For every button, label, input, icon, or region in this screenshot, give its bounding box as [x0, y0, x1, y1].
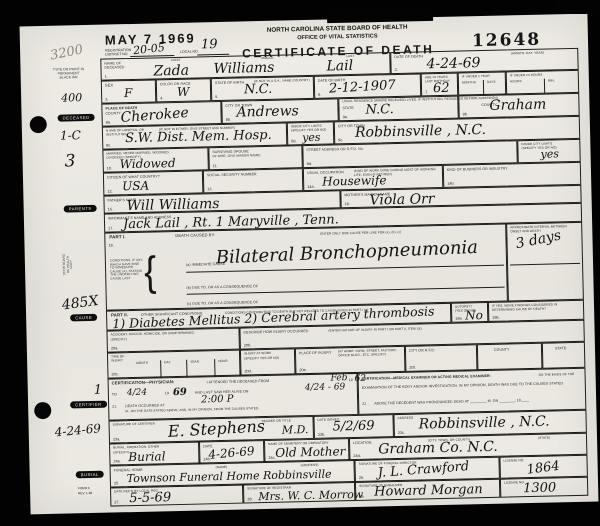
state-of-birth-cell: STATE OF BIRTH (IF NOT IN U.S.A., NAME C…	[211, 76, 314, 101]
location-state-sublabel: (STATE)	[538, 437, 550, 441]
physician-certification-cell: CERTIFICATION—PHYSICIAN: I ATTENDED THE …	[108, 373, 359, 421]
registrar-signature-value: Mrs. W. C. Morrow	[258, 488, 363, 503]
date-signed-cell: DATE SIGNED 23b. 5/2/69	[313, 414, 394, 439]
autopsy-value: No	[465, 308, 483, 322]
street-label: STREET ADDRESS OR R.F.D. No.	[306, 147, 364, 152]
sex-cell: SEX 3. F	[101, 79, 157, 103]
punch-hole-top	[30, 116, 47, 133]
date-of-death-number: 2.	[395, 68, 398, 72]
spouse-number: 11.	[213, 164, 218, 168]
death-icl-number: 8d.	[291, 139, 296, 143]
scanned-death-certificate: 3200 TYPE OR PRINT IN PERMANENT BLACK IN…	[0, 0, 600, 526]
conditions-brace: {	[144, 247, 157, 296]
citizen-number: 12.	[107, 189, 112, 193]
attended-label: I ATTENDED THE DECEASED FROM	[207, 379, 270, 384]
marital-status-cell: MARRIED, NEVER MARRIED, WIDOWED, DIVORCE…	[102, 147, 208, 172]
hours-header: HOURS	[510, 80, 522, 84]
hour-header: HOUR	[218, 360, 228, 364]
embalmer-signature-cell: SIGNATURE OF EMBALMER 29. Howard Morgan	[355, 479, 500, 501]
enter-one-cause-note: ENTER ONLY ONE CAUSE PER LINE FOR (a), (…	[320, 231, 401, 236]
residence-state-label: STATE	[342, 106, 353, 110]
accident-number: 20a.	[111, 346, 118, 350]
time-of-injury-number: 20c.	[111, 372, 118, 376]
location-value: Graham Co. N.C.	[378, 439, 498, 458]
accident-sublabel: (SPECIFY)	[111, 338, 127, 342]
under-24-hours-label: IF UNDER 24 HOURS	[510, 73, 543, 77]
certifier-signature-value: E. Stephens	[167, 416, 265, 441]
date-of-birth-number: 6.	[318, 93, 321, 97]
tab-cause: CAUSE	[70, 314, 97, 322]
burial-cell: BURIAL, CREMATION, OTHER (SPECIFY) 24a. …	[109, 442, 199, 466]
age-cell: AGE IN YEARS LAST BIRTHDAY 7. 62	[421, 73, 459, 97]
immediate-cause-value: Bilateral Bronchopneumonia	[215, 237, 478, 269]
injury-city-label: CITY OR R.F.D.	[409, 348, 435, 353]
scan-corner-artifact	[555, 0, 600, 14]
date-of-birth-value: 2-12-1907	[329, 78, 396, 97]
injury-state-label: STATE	[555, 346, 566, 350]
hospital-number: 8c.	[106, 143, 111, 147]
findings-number: 19b.	[492, 316, 499, 320]
to-value: 4/24	[127, 388, 147, 398]
race-value: W	[177, 85, 190, 99]
residence-county-number: 9b.	[463, 112, 468, 116]
death-caused-by-label: DEATH CAUSED BY:	[175, 233, 215, 238]
conditions-note: CONDITIONS, IF ANY, WHICH GAVE RISE TO I…	[110, 259, 144, 281]
date-received-value: 5-5-69	[129, 490, 171, 506]
marital-value: Widowed	[120, 156, 176, 171]
occupation-number: 14a.	[307, 185, 314, 189]
state-of-birth-value: N.C.	[244, 82, 273, 98]
ssn-number: 13.	[207, 187, 212, 191]
autopsy-cell: AUTOPSY? (YES OR NO) 19a. No	[451, 302, 488, 323]
medical-examiner-cell: CERTIFICATION—MEDICAL EXAMINER OR ACTING…	[357, 368, 586, 415]
place-of-injury-label: PLACE OF INJURY	[299, 351, 331, 356]
middle-name-value: Williams	[213, 60, 274, 77]
form-revision-note: REV. 1-68	[78, 492, 92, 496]
describe-injury-sublabel: (ENTER NATURE OF INJURY IN PART I OR PAR…	[328, 327, 421, 333]
time-divider-1	[160, 360, 161, 378]
place-of-injury-number: 20e.	[299, 368, 306, 372]
punch-hole-bottom	[34, 402, 51, 419]
burial-value: Burial	[128, 449, 165, 464]
autopsy-number: 19a.	[455, 317, 462, 321]
me-number: 22.	[362, 402, 367, 406]
cemetery-cell: NAME OF CEMETERY OR CREMATORY 24c. Old M…	[264, 438, 349, 462]
ink-instruction-note: TYPE OR PRINT IN PERMANENT BLACK INK	[46, 67, 90, 80]
day-header: DAY	[164, 361, 171, 365]
registration-district-label: REGISTRATION DISTRICT NO.	[105, 48, 131, 57]
under-24-hours-divider	[544, 79, 545, 94]
date-signed-number: 23b.	[318, 433, 325, 437]
race-number: 4.	[160, 96, 163, 100]
residence-city-value: Robbinsville , N.C.	[355, 122, 486, 141]
occurred-time-value: 2:00 P	[201, 394, 234, 406]
tab-certifier: CERTIFIER	[70, 401, 107, 409]
informant-number: 17.	[108, 226, 113, 230]
days-header: DAYS	[487, 81, 496, 85]
alive-date-value: 4/24 - 69	[305, 382, 346, 393]
death-icl-value: yes	[302, 131, 321, 144]
occupation-cell: USUAL OCCUPATION (KIND OF WORK DONE DURI…	[303, 165, 443, 191]
citizen-cell: CITIZEN OF WHAT COUNTRY? 12. USA	[103, 170, 203, 195]
embalmer-license-label: LICENSE NO.	[504, 481, 525, 485]
due-to-c-label: (c) DUE TO, OR AS A CONSEQUENCE OF	[187, 300, 258, 306]
mother-number: 16.	[345, 202, 350, 206]
date-of-death-sublabel: (MONTH, DAY, YEAR)	[511, 52, 544, 56]
accident-cell: ACCIDENT, SUICIDE, HOMICIDE, OR UNDETERM…	[106, 328, 239, 353]
sex-value: F	[124, 86, 133, 100]
residence-state-cell: USUAL RESIDENCE (WHERE DECEASED LIVED. I…	[338, 96, 458, 122]
me-cert-title: CERTIFICATION—MEDICAL EXAMINER OR ACTING…	[362, 374, 491, 381]
industry-number: 14b.	[447, 182, 454, 186]
certifier-degree-value: M.D.	[282, 423, 309, 437]
cemetery-value: Old Mother	[275, 444, 345, 460]
ssn-label: SOCIAL SECURITY NUMBER	[207, 172, 257, 177]
tab-deceased: DECEASED	[58, 114, 95, 122]
me-pronounced-label: ABOVE THE DECEDENT WAS PRONOUNCED DEAD A…	[374, 398, 529, 406]
age-number: 7.	[425, 90, 428, 94]
local-no-label: LOCAL NO.	[180, 49, 199, 53]
father-number: 15.	[108, 207, 113, 211]
location-number: 24d.	[353, 454, 360, 458]
industry-cell: KIND OF BUSINESS OR INDUSTRY 14b.	[443, 162, 581, 188]
death-county-number: 8a.	[106, 120, 111, 124]
injury-at-work-sublabel: (SPECIFY YES OR NO)	[244, 356, 279, 360]
residence-inside-city-limits-cell: INSIDE CITY LIMITS (SPECIFY YES OR NO) y…	[517, 139, 581, 163]
year-header: YEAR	[190, 361, 199, 365]
date-of-death-label: DATE OF DEATH	[394, 54, 423, 59]
to-19-label: 19	[165, 391, 169, 395]
address-number: 23c.	[398, 431, 405, 435]
surviving-spouse-cell: SURVIVING SPOUSE (IF WIFE, GIVE MAIDEN N…	[208, 145, 302, 170]
mother-value: Viola Orr	[369, 191, 434, 208]
residence-county-cell: COUNTY 9b. Graham	[458, 93, 579, 119]
to-label: TO	[112, 392, 117, 396]
residence-state-value: N.C.	[365, 102, 394, 118]
residence-city-number: 9c.	[338, 138, 343, 142]
local-no-value: 19	[201, 37, 218, 52]
findings-cell: IF YES, WERE FINDINGS CONSIDERED IN DETE…	[488, 300, 584, 322]
injury-city-number: 20f.	[409, 366, 415, 370]
interval-line	[510, 263, 580, 266]
injury-at-work-number: 20d.	[244, 369, 251, 373]
residence-state-number: 9a.	[343, 115, 348, 119]
under-one-year-cell: IF UNDER 1 YEAR MONTHS DAYS	[458, 71, 507, 95]
embalmer-license-value: 1300	[523, 480, 556, 496]
director-license-value: 1864	[526, 459, 561, 478]
describe-injury-label: DESCRIBE HOW INJURY OCCURRED	[243, 329, 308, 334]
months-header: MONTHS	[462, 81, 476, 85]
date-of-birth-cell: DATE OF BIRTH 6. 2-12-1907	[314, 73, 421, 98]
certifier-address-value: Robbinsville , N.C.	[418, 414, 549, 433]
part1-label: PART I.	[109, 235, 125, 240]
copy-designation-vertical: STATE BOARD OF HEALTH COPY	[62, 241, 74, 287]
residence-county-value: Graham	[489, 97, 546, 114]
signature-number: 23a.	[113, 437, 120, 441]
first-name-value: Zada	[153, 63, 189, 80]
embalmer-license-cell: LICENSE NO. 1300	[500, 477, 588, 498]
director-license-cell: LICENSE NO. 1864	[499, 455, 587, 479]
margin-code-1c: 1-C	[60, 128, 81, 142]
state-of-birth-number: 5.	[215, 95, 218, 99]
time-divider-2	[186, 360, 187, 378]
burial-date-value: 4-26-69	[208, 444, 255, 462]
state-of-birth-label: STATE OF BIRTH	[215, 80, 244, 85]
time-divider-3	[214, 359, 215, 377]
scan-redaction-bar	[327, 6, 433, 23]
age-value: 62	[433, 81, 450, 96]
burial-date-cell: DATE 24b. 4-26-69	[199, 440, 264, 463]
death-county-label: COUNTY	[105, 111, 120, 115]
me-basis-label: ON THE BASIS OF THE	[539, 373, 575, 377]
hospital-value: S.W. Dist. Mem. Hosp.	[125, 128, 272, 146]
death-county-cell: PLACE OF DEATH COUNTY 8a. Cherokee	[101, 101, 221, 127]
tab-burial: BURIAL	[76, 471, 104, 479]
signature-label: SIGNATURE OF CERTIFIER	[113, 423, 155, 428]
funeral-director-number: 26.	[359, 476, 364, 480]
father-value: Will Williams	[126, 196, 219, 214]
registrar-signature-cell: SIGNATURE OF REGISTRAR 28. Mrs. W. C. Mo…	[243, 482, 355, 504]
street-number: 9d.	[307, 162, 312, 166]
due-to-b-label: (b) DUE TO, OR AS A CONSEQUENCE OF	[186, 284, 258, 290]
interval-cell: APPROXIMATE INTERVAL BETWEEN ONSET AND D…	[506, 222, 584, 302]
margin-code-400: 400	[61, 91, 82, 104]
margin-code-3: 3	[64, 151, 75, 171]
death-city-number: 8b.	[226, 118, 231, 122]
death-inside-city-limits-cell: INSIDE CITY LIMITS (SPECIFY YES OR NO) 8…	[287, 121, 335, 145]
min-header: MIN.	[548, 79, 555, 83]
cause-number: 18.	[108, 243, 113, 247]
ssn-cell: SOCIAL SECURITY NUMBER 13.	[203, 168, 303, 193]
name-number: 1.	[105, 75, 108, 79]
embalmer-signature-value: Howard Morgan	[374, 482, 483, 499]
margin-code-485x: 485X	[61, 293, 99, 314]
time-of-injury-cell: TIME OF INJURY MONTH DAY YEAR HOUR 20c.	[107, 350, 241, 379]
director-license-label: LICENSE NO.	[503, 459, 524, 463]
date-received-number: 27.	[114, 500, 119, 504]
marital-number: 10.	[107, 166, 112, 170]
location-label: LOCATION	[353, 441, 372, 445]
death-city-value: Andrews	[236, 103, 299, 120]
margin-cert-date: 4-24-69	[54, 421, 101, 439]
race-cell: COLOR OR RACE 4. W	[156, 78, 212, 102]
margin-code-1: 1	[94, 383, 103, 398]
citizen-value: USA	[122, 179, 149, 194]
date-of-death-value: 4-24-69	[426, 55, 480, 72]
industry-label: KIND OF BUSINESS OR INDUSTRY	[447, 166, 508, 171]
place-of-injury-cell: PLACE OF INJURY (AT HOME, FARM, STREET, …	[295, 346, 406, 374]
under-one-year-label: IF UNDER 1 YEAR	[462, 74, 490, 78]
injury-city-cell: CITY OR R.F.D. 20f.	[405, 344, 478, 372]
me-body-label: EXAMINATION OF THE BODY AND/OR INVESTIGA…	[362, 381, 580, 390]
date-received-cell: DATE REC'D BY LOCAL REG. 27. 5-5-69	[110, 485, 243, 507]
funeral-home-number: 25.	[114, 481, 119, 485]
address-label: ADDRESS	[397, 417, 413, 421]
under-one-year-divider	[483, 80, 484, 95]
burial-number: 24a.	[113, 459, 120, 463]
registrar-number: 28.	[247, 497, 252, 501]
to-year-value: 69	[173, 387, 187, 398]
occurred-number: 21.	[112, 404, 117, 408]
month-header: MONTH	[136, 362, 148, 366]
margin-pencil-code: 3200	[49, 42, 84, 63]
injury-county-label: COUNTY	[494, 347, 509, 351]
place-of-injury-sublabel: (AT HOME, FARM, STREET, FACTORY, OFFICE …	[338, 349, 400, 358]
from-19-label: 19	[349, 378, 353, 382]
residence-icl-value: yes	[540, 147, 559, 160]
under-24-hours-cell: IF UNDER 24 HOURS HOURS MIN.	[506, 70, 580, 95]
death-city-cell: CITY OR TOWN 8b. Andrews	[221, 98, 338, 124]
injury-at-work-cell: INJURY AT WORK (SPECIFY YES OR NO) 20d.	[240, 348, 296, 375]
injury-county-cell: COUNTY	[477, 343, 543, 370]
time-of-injury-label: TIME OF INJURY	[111, 355, 131, 363]
tab-parents: PARENTS	[64, 205, 97, 213]
last-name-value: Lail	[326, 58, 353, 75]
spouse-sublabel: (IF WIFE, GIVE MAIDEN NAME)	[213, 154, 261, 159]
sex-number: 3.	[105, 98, 108, 102]
name-label: NAME OF DECEASED	[104, 61, 124, 69]
date-signed-value: 5/2/69	[333, 419, 375, 435]
certificate-paper: 3200 TYPE OR PRINT IN PERMANENT BLACK IN…	[20, 14, 599, 515]
injury-state-cell: STATE	[542, 342, 586, 369]
occupation-value: Housewife	[322, 173, 387, 188]
cause-of-death-cell: PART I. DEATH CAUSED BY: ENTER ONLY ONE …	[104, 224, 508, 311]
burial-sublabel: (SPECIFY)	[113, 451, 129, 455]
from-year-value: 62	[355, 374, 367, 384]
findings-label: IF YES, WERE FINDINGS CONSIDERED IN DETE…	[492, 303, 580, 312]
describe-injury-number: 20b.	[244, 343, 251, 347]
sex-label: SEX	[105, 83, 113, 88]
physician-cert-title: CERTIFICATION—PHYSICIAN:	[112, 380, 175, 386]
